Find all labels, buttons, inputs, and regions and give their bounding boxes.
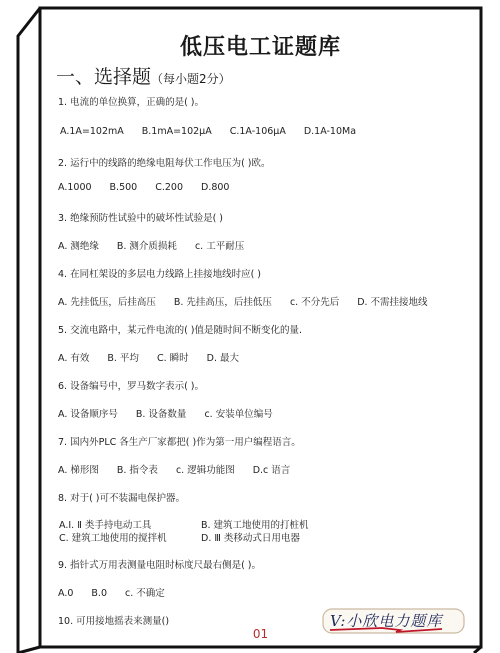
question-9: 9. 指针式万用表测量电阻时标度尺最右侧是( )。 [58,557,261,571]
option: B. 指令表 [117,462,158,476]
section-heading-text: 一、选择题 [56,66,151,88]
question-5: 5. 交流电路中，某元件电流的( )值是随时间不断变化的量. [58,322,302,336]
option: B.1mA=102μA [142,126,212,137]
option: A. 先挂低压，后挂高压 [58,294,156,308]
question-4-options: A. 先挂低压，后挂高压B. 先挂高压，后挂低压c. 不分先后D. 不需挂接地线 [58,294,446,308]
question-2-options: A.1000B.500C.200D.800 [58,182,247,193]
question-8-options: A.I. Ⅱ 类手持电动工具B. 建筑工地使用的打桩机 C. 建筑工地使用的搅拌… [59,517,343,543]
option: B. 建筑工地使用的打桩机 [201,517,343,531]
option: C.1A-106μA [230,126,286,137]
question-5-options: A. 有效B. 平均C. 瞬时D. 最大 [58,350,257,364]
option: D.800 [201,182,229,193]
option: C. 建筑工地使用的搅拌机 [59,530,201,544]
watermark-badge: V:小欣电力题库 [322,608,465,634]
question-3: 3. 绝缘预防性试验中的破坏性试验是( ) [58,210,223,224]
question-6: 6. 设备编号中，罗马数字表示( )。 [58,378,204,392]
option: c. 逻辑功能图 [176,462,235,476]
question-8: 8. 对于( )可不装漏电保护器。 [58,490,185,504]
option: c. 不确定 [125,585,165,599]
option: A. 测绝缘 [58,238,99,252]
question-7-options: A. 梯形图B. 指令表c. 逻辑功能图D.c 语言 [58,462,308,476]
option: B. 设备数量 [136,406,187,420]
option: C.200 [155,182,183,193]
option: D. Ⅲ 类移动式日用电器 [201,530,343,544]
option: c. 安装单位编号 [204,406,272,420]
option: A. 设备顺序号 [58,406,118,420]
option: D. 不需挂接地线 [357,294,427,308]
watermark-text: V:小欣电力题库 [330,610,442,631]
section-heading: 一、选择题（每小题2分） [56,62,231,89]
question-7: 7. 国内外PLC 各生产厂家都把( )作为第一用户编程语言。 [58,434,301,448]
question-9-options: A.0B.0c. 不确定 [58,585,183,599]
question-3-options: A. 测绝缘B. 测介质损耗c. 工平耐压 [58,238,262,252]
question-2: 2. 运行中的线路的绝缘电阻每伏工作电压为( )欧。 [58,155,271,169]
page-title: 低压电工证题库 [42,30,479,61]
option: D.1A-10Ma [304,126,356,137]
option: B.500 [110,182,138,193]
question-10: 10. 可用接地摇表来测量() [58,613,169,627]
option: c. 工平耐压 [195,238,244,252]
option: A.1A=102mA [60,126,124,137]
option: A.I. Ⅱ 类手持电动工具 [59,517,201,531]
option: B.0 [91,588,107,599]
option: c. 不分先后 [290,294,339,308]
question-4: 4. 在同杠架设的多层电力线路上挂接地线时应( ) [58,266,261,280]
option: B. 测介质损耗 [117,238,177,252]
option: B. 先挂高压，后挂低压 [174,294,272,308]
question-1-options: A.1A=102mAB.1mA=102μAC.1A-106μAD.1A-10Ma [60,126,374,137]
option: A. 梯形图 [58,462,99,476]
option: A. 有效 [58,350,89,364]
option: A.0 [58,588,73,599]
question-6-options: A. 设备顺序号B. 设备数量c. 安装单位编号 [58,406,291,420]
option: D. 最大 [207,350,239,364]
option: B. 平均 [107,350,139,364]
option: A.1000 [58,182,92,193]
option: D.c 语言 [253,462,291,476]
exam-page: 低压电工证题库 一、选择题（每小题2分） 1. 电流的单位换算，正确的是( )。… [42,10,479,645]
section-note: （每小题2分） [151,72,231,86]
question-1: 1. 电流的单位换算，正确的是( )。 [58,94,204,108]
option: C. 瞬时 [157,350,189,364]
